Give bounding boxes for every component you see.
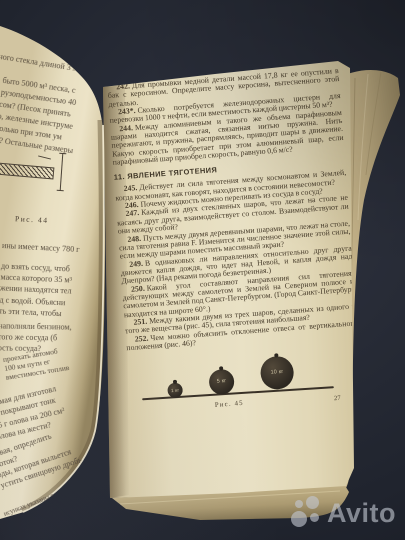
avito-watermark: Avito [291,496,396,530]
avito-logo-dot [295,500,303,508]
weight-5kg: 5 кг [208,369,235,396]
text-fragment: того же сосуда (б [0,332,72,344]
avito-logo-dot [306,496,319,509]
figure-44-dimension-line [60,153,64,191]
figure-44-arrow [38,155,51,159]
text-fragment: ть эти тела, чтобы [0,305,71,319]
avito-logo-dot [291,511,307,527]
avito-wordmark: Avito [327,496,396,530]
weight-label: 5 кг [217,379,227,385]
left-page-text-block: ины имеет массу 780 г [2,241,80,254]
weight-label: 1 кг [171,388,180,394]
figure-45: 1 кг 5 кг 10 кг Рис. 45 27 [127,341,363,416]
weight-10kg: 10 кг [259,355,294,390]
figure-45-caption: Рис. 45 [215,400,244,409]
page-number: 27 [334,395,341,402]
left-page-text-block: до взять сосуд, чтоб масса которого 35 м… [0,260,73,319]
left-page-text-block: быто 5000 м³ песка, с рузоподъемностью 4… [0,75,82,157]
weight-label: 10 кг [271,370,284,376]
avito-logo-icon [291,496,325,530]
book-photo: ного стекла длиной 3 м быто 5000 м³ песк… [0,0,405,540]
text-fragment: ины имеет массу 780 г [2,241,80,254]
right-page-text: 242.Для промывки медной детали массой 17… [107,67,363,415]
figure-44-hatched-bar [0,162,54,179]
figure-44-caption: Рис. 44 [15,214,49,225]
avito-logo-dot [310,513,319,522]
